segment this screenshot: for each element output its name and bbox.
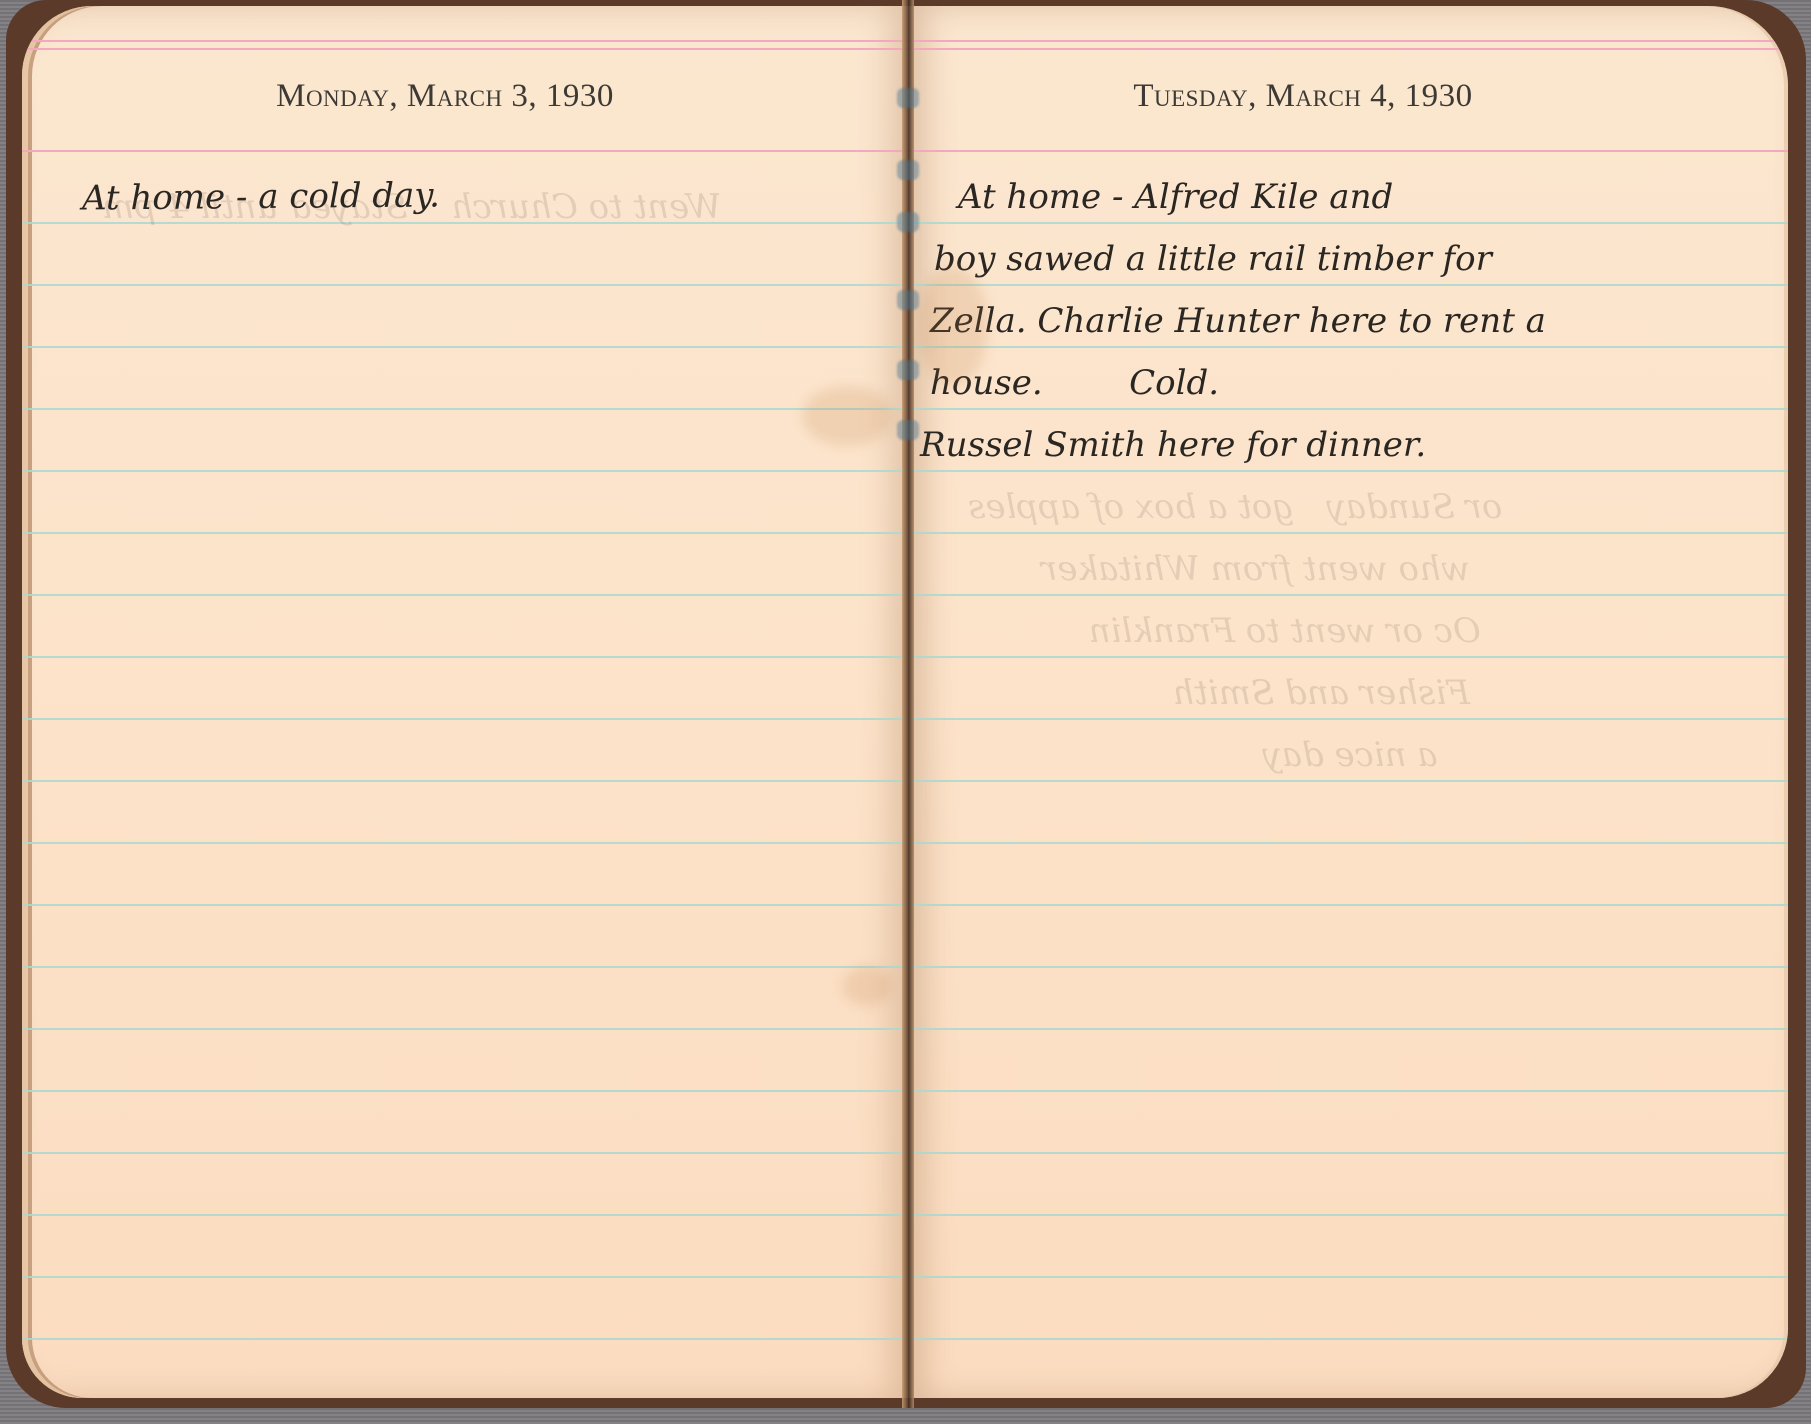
pink-rule: [22, 40, 908, 42]
blue-rule: [22, 532, 908, 534]
blue-rule: [22, 470, 908, 472]
blue-rule: [908, 1090, 1788, 1092]
blue-rule: [908, 904, 1788, 906]
blue-rule: [22, 1276, 908, 1278]
blue-rule: [908, 1338, 1788, 1340]
blue-rule: [908, 1214, 1788, 1216]
blue-rule: [22, 346, 908, 348]
blue-rule: [22, 594, 908, 596]
blue-rule: [908, 1152, 1788, 1154]
blue-rule: [22, 780, 908, 782]
paper-stain: [918, 266, 988, 386]
binding-stitch: [897, 360, 919, 380]
binding-stitch: [897, 420, 919, 440]
binding-stitch: [897, 160, 919, 180]
blue-rule: [22, 1028, 908, 1030]
blue-rule: [908, 966, 1788, 968]
blue-rule: [22, 842, 908, 844]
blue-rule: [22, 1090, 908, 1092]
pink-rule: [22, 48, 908, 50]
pink-rule: [908, 48, 1788, 50]
blue-rule: [22, 1338, 908, 1340]
pink-rule: [908, 40, 1788, 42]
right-page: Tuesday, March 4, 1930 or Sunday got a b…: [908, 6, 1788, 1398]
blue-rule: [22, 408, 908, 410]
diary-entry-line: At home - Alfred Kile and: [958, 166, 1393, 228]
diary-entry-line: At home - a cold day.: [82, 164, 440, 229]
blue-rule: [22, 718, 908, 720]
paper-stain: [802, 386, 892, 446]
binding-stitch: [897, 212, 919, 232]
blue-rule: [22, 966, 908, 968]
page-date-heading: Tuesday, March 4, 1930: [908, 78, 1788, 115]
blue-rule: [22, 904, 908, 906]
blue-rule: [908, 842, 1788, 844]
diary-entry-line: boy sawed a little rail timber for: [934, 228, 1492, 290]
bleed-through-text: or Sunday got a box of apples who went f…: [968, 476, 1502, 786]
paper-stain: [842, 966, 892, 1006]
binding-stitch: [897, 290, 919, 310]
blue-rule: [22, 656, 908, 658]
left-page: Monday, March 3, 1930 Went to Church Sta…: [22, 6, 908, 1398]
binding-stitch: [897, 88, 919, 108]
blue-rule: [22, 1152, 908, 1154]
page-date-heading: Monday, March 3, 1930: [22, 78, 908, 115]
blue-rule: [908, 1276, 1788, 1278]
blue-rule: [22, 1214, 908, 1216]
pink-rule: [22, 150, 908, 152]
diary-entry-line: Russel Smith here for dinner.: [920, 414, 1426, 476]
diary-entry-line: Zella. Charlie Hunter here to rent a: [930, 290, 1546, 352]
blue-rule: [22, 284, 908, 286]
blue-rule: [908, 1028, 1788, 1030]
pink-rule: [908, 150, 1788, 152]
